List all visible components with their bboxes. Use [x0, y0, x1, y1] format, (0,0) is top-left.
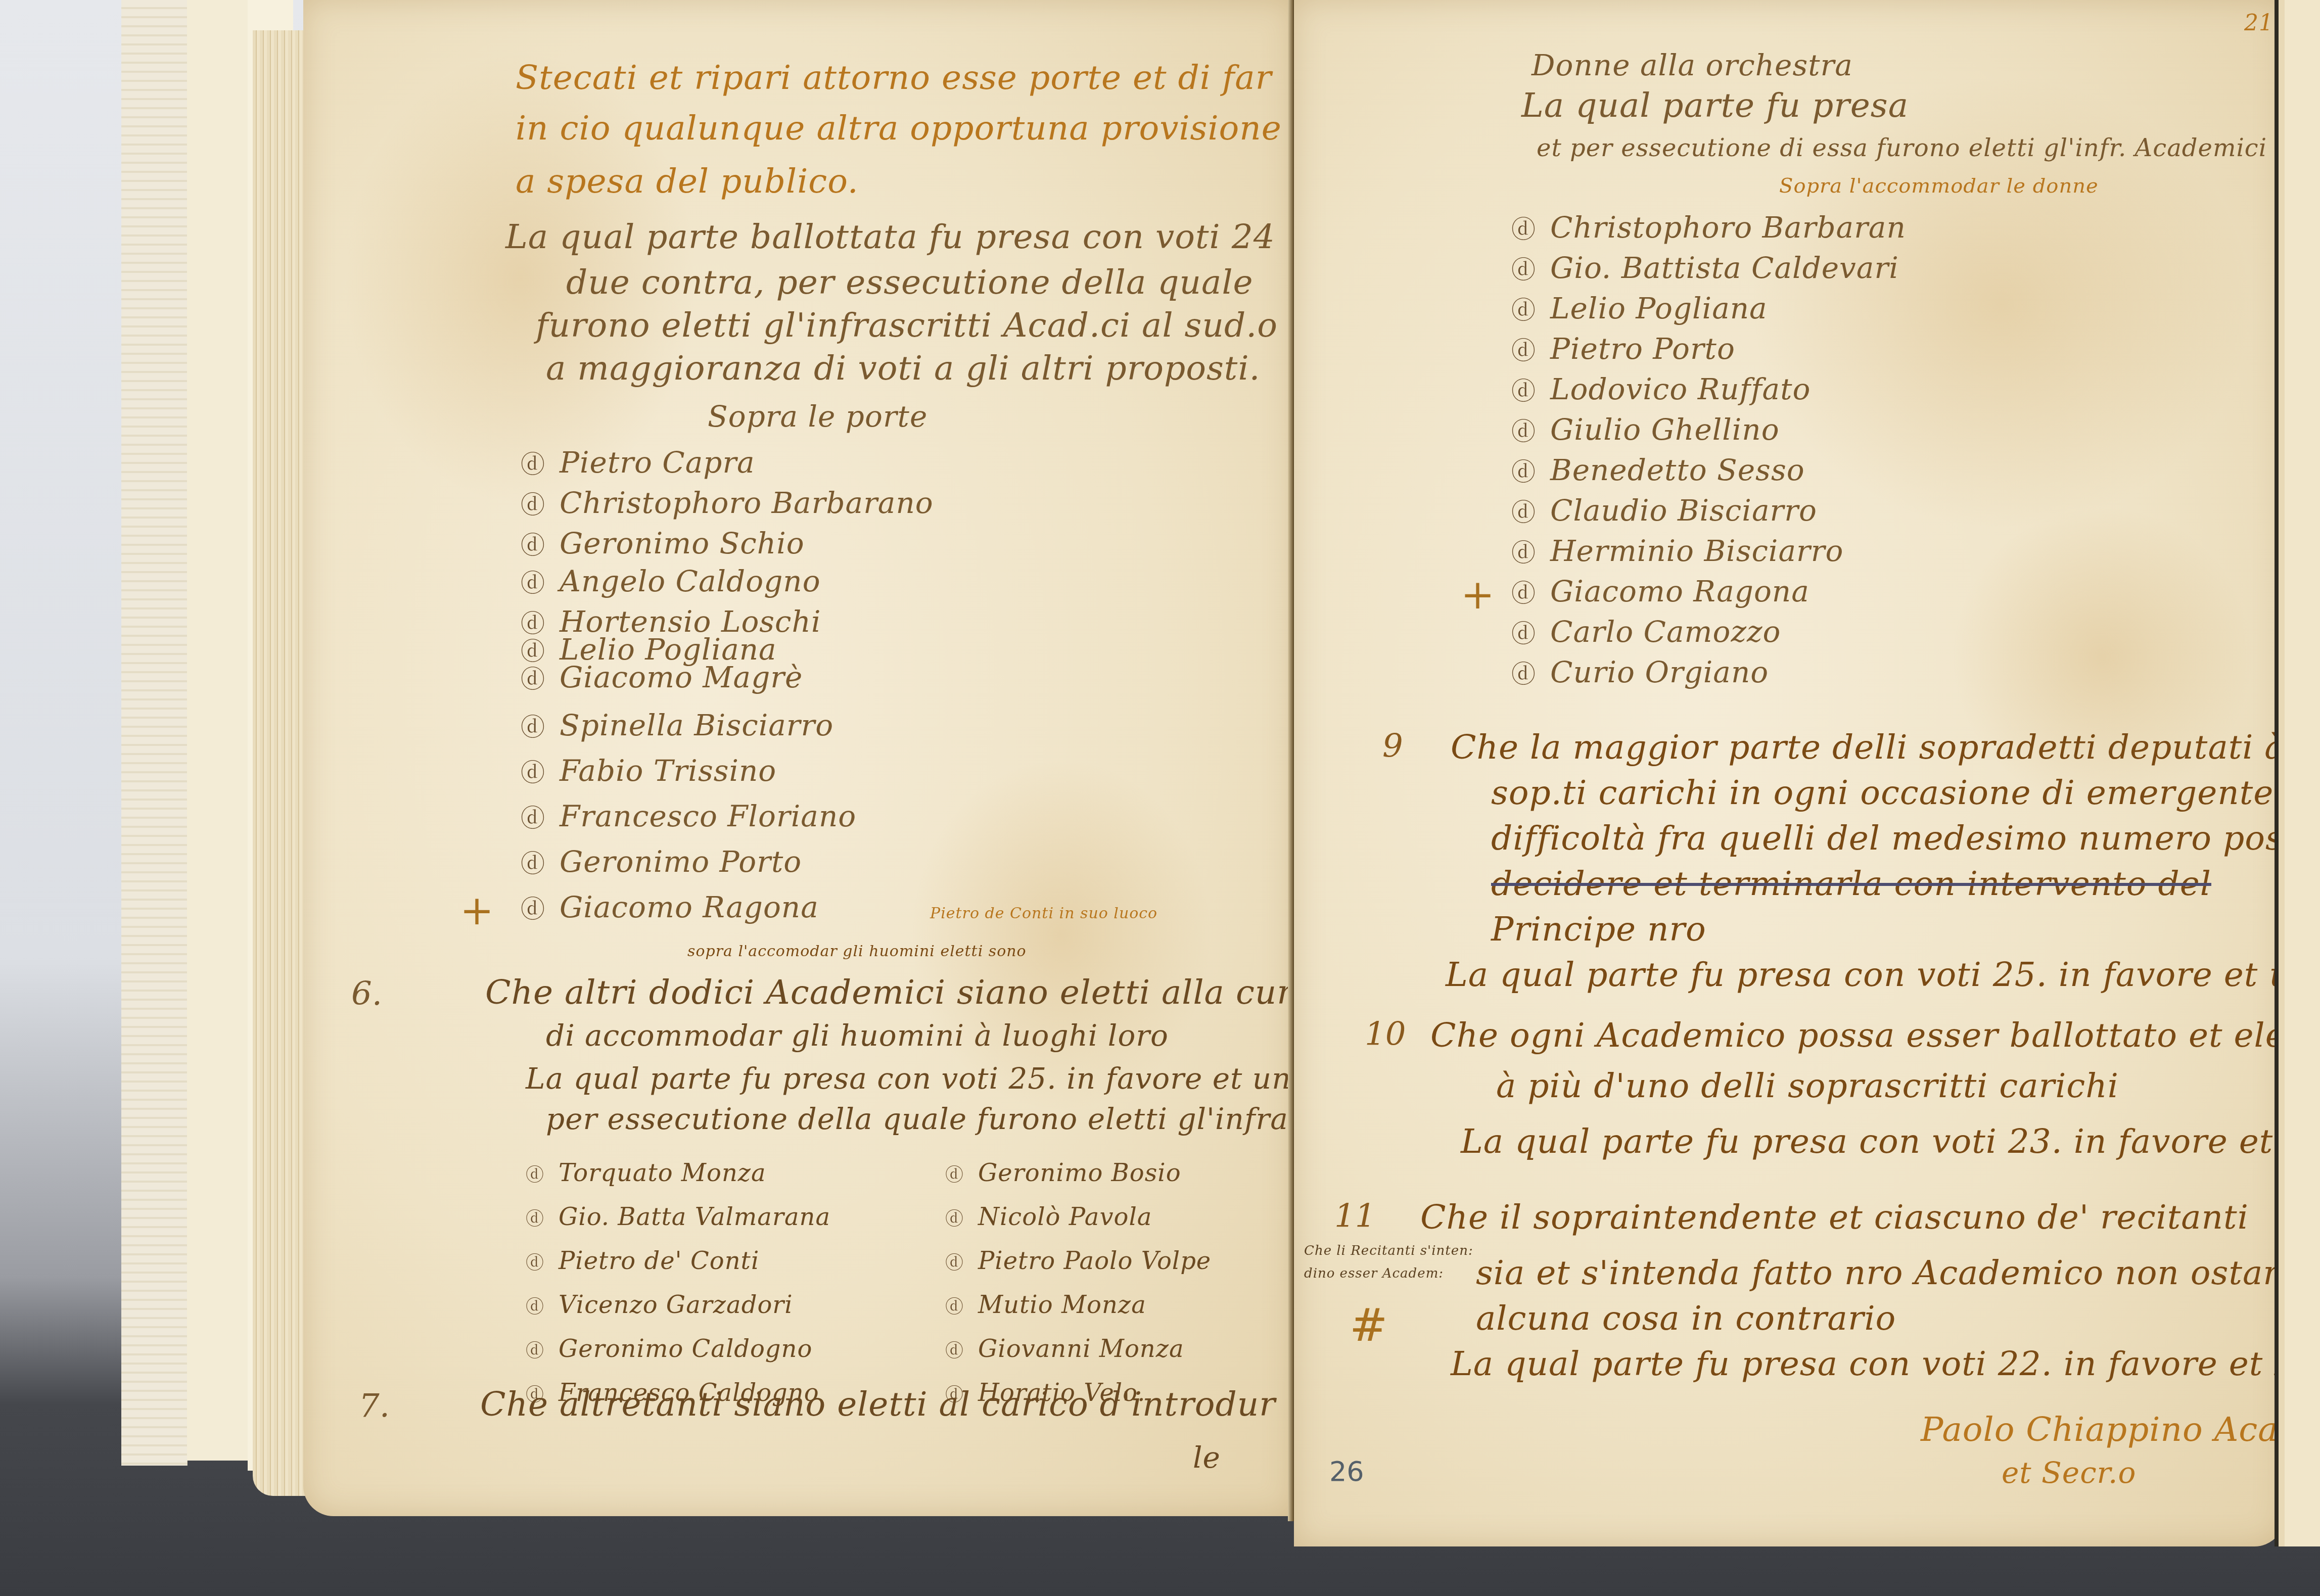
bullet-icon: ⓓ: [1511, 493, 1536, 528]
bullet-icon: ⓓ: [945, 1155, 964, 1196]
signature-title: et Secr.o: [2002, 1456, 2136, 1490]
bullet-icon: ⓓ: [521, 526, 545, 560]
side-note: Pietro de Conti in suo luoco: [930, 905, 1157, 922]
right-page: 21 Donne alla orchestra La qual parte fu…: [1294, 0, 2285, 1546]
text-line: in cio qualunque altra opportuna provisi…: [516, 109, 1282, 148]
list-item: ⓓPietro Paolo Volpe: [945, 1240, 1211, 1284]
list-item: ⓓSpinella Bisciarro: [521, 708, 833, 742]
text-line: Che altri dodici Academici siano eletti …: [485, 973, 1314, 1012]
guard-strip: [187, 0, 248, 1461]
heading-sopra-le-porte: Sopra le porte: [708, 399, 927, 434]
bullet-icon: ⓓ: [521, 844, 545, 879]
section-number: 9: [1382, 728, 1403, 765]
list-item: ⓓPietro Capra: [521, 445, 755, 480]
bullet-icon: ⓓ: [1511, 371, 1536, 406]
list-item: ⓓGiulio Ghellino: [1511, 412, 1780, 447]
bullet-icon: ⓓ: [526, 1155, 544, 1196]
bullet-icon: ⓓ: [945, 1199, 964, 1240]
side-note: sopra l'accomodar gli huomini eletti son…: [687, 943, 1027, 960]
text-line: alcuna cosa in contrario: [1476, 1299, 1896, 1338]
bullet-icon: ⓓ: [521, 753, 545, 788]
margin-note: dino esser Academ:: [1304, 1266, 1444, 1281]
bullet-icon: ⓓ: [1511, 533, 1536, 568]
water-stain: [910, 758, 1213, 1112]
bullet-icon: ⓓ: [945, 1331, 964, 1372]
bullet-icon: ⓓ: [1511, 210, 1536, 245]
list-item: ⓓTorquato Monza: [526, 1152, 830, 1196]
list-item: ⓓNicolò Pavola: [945, 1196, 1211, 1240]
text-line: furono eletti gl'infrascritti Acad.ci al…: [536, 306, 1396, 345]
list-item: ⓓBenedetto Sesso: [1511, 452, 1805, 487]
bullet-icon: ⓓ: [1511, 291, 1536, 325]
binding-board: [121, 0, 188, 1466]
bullet-icon: ⓓ: [526, 1243, 544, 1284]
text-line: La qual parte fu presa con voti 25. in f…: [526, 1061, 1418, 1096]
list-item: ⓓCurio Orgiano: [1511, 654, 1769, 689]
list-item: ⓓGiacomo Ragona: [521, 889, 819, 924]
text-line: sop.ti carichi in ogni occasione di emer…: [1491, 773, 2273, 812]
list-item: ⓓChristophoro Barbaran: [1511, 210, 1906, 245]
page-edges-right: [2275, 0, 2320, 1546]
list-item: ⓓMutio Monza: [945, 1284, 1211, 1328]
list-item: ⓓGeronimo Bosio: [945, 1152, 1211, 1196]
list-item: ⓓChristophoro Barbarano: [521, 485, 934, 520]
margin-note: Che li Recitanti s'inten:: [1304, 1243, 1473, 1258]
hash-mark: #: [1350, 1299, 1387, 1352]
catchword: le: [1193, 1440, 1221, 1475]
text-line: di accommodar gli huomini à luoghi loro: [546, 1018, 1169, 1053]
list-item: ⓓGeronimo Porto: [521, 844, 802, 879]
bullet-icon: ⓓ: [1511, 331, 1536, 366]
bullet-icon: ⓓ: [945, 1287, 964, 1328]
text-line: due contra, per essecutione della quale: [566, 263, 1254, 302]
list-item: ⓓVicenzo Garzadori: [526, 1284, 830, 1328]
bullet-icon: ⓓ: [521, 889, 545, 924]
list-item: ⓓGiacomo Ragona: [1511, 574, 1809, 608]
bullet-icon: ⓓ: [526, 1199, 544, 1240]
list-item: ⓓLodovico Ruffato: [1511, 371, 1811, 406]
bullet-icon: ⓓ: [1511, 452, 1536, 487]
vote-line: La qual parte fu presa con voti 23. in f…: [1461, 1122, 2320, 1161]
text-line: Principe nro: [1491, 910, 1706, 949]
text-line: per essecutione della quale furono elett…: [546, 1102, 1379, 1136]
bullet-icon: ⓓ: [521, 445, 545, 480]
bullet-icon: ⓓ: [526, 1331, 544, 1372]
text-line: Che altretanti siano eletti al carico d'…: [480, 1385, 1276, 1424]
bullet-icon: ⓓ: [1511, 250, 1536, 285]
section-number: 6.: [351, 975, 382, 1013]
bullet-icon: ⓓ: [521, 799, 545, 833]
list-item: ⓓPietro de' Conti: [526, 1240, 830, 1284]
list-item: ⓓGiacomo Magrè: [521, 660, 803, 694]
text-line: sia et s'intenda fatto nro Academico non…: [1476, 1253, 2319, 1292]
section-number: 10: [1365, 1016, 1406, 1053]
list-item: ⓓPietro Porto: [1511, 331, 1735, 366]
list-item: ⓓAngelo Caldogno: [521, 564, 821, 598]
text-line: Stecati et ripari attorno esse porte et …: [516, 58, 1272, 97]
list-item: ⓓGiovanni Monza: [945, 1328, 1211, 1372]
list-item: ⓓClaudio Bisciarro: [1511, 493, 1817, 528]
left-page: Stecati et ripari attorno esse porte et …: [303, 0, 1294, 1516]
list-item: ⓓCarlo Camozzo: [1511, 614, 1781, 649]
text-line: La qual parte fu presa: [1521, 86, 1909, 125]
text-line: Che ogni Academico possa esser ballottat…: [1430, 1016, 2320, 1055]
bullet-icon: ⓓ: [1511, 654, 1536, 689]
list-item: ⓓGio. Battista Caldevari: [1511, 250, 1899, 285]
text-line: Donne alla orchestra: [1532, 48, 1853, 82]
list-item: ⓓLelio Pogliana: [1511, 291, 1768, 325]
bullet-icon: ⓓ: [521, 660, 545, 694]
bullet-icon: ⓓ: [526, 1287, 544, 1328]
text-line: a maggioranza di voti a gli altri propos…: [546, 349, 1260, 388]
text-line: difficoltà fra quelli del medesimo numer…: [1491, 819, 2320, 858]
text-line: La qual parte ballottata fu presa con vo…: [505, 217, 1319, 256]
bullet-icon: ⓓ: [521, 564, 545, 598]
cross-mark: +: [1461, 571, 1495, 618]
bullet-icon: ⓓ: [521, 485, 545, 520]
list-item: ⓓGeronimo Caldogno: [526, 1328, 830, 1372]
folio-number: 21: [2244, 10, 2273, 36]
section-number: 7.: [359, 1387, 390, 1425]
bullet-icon: ⓓ: [521, 708, 545, 742]
text-line: à più d'uno delli soprascritti carichi: [1496, 1066, 2119, 1105]
list-item: ⓓFrancesco Floriano: [521, 799, 856, 833]
text-line: Che la maggior parte delli sopradetti de…: [1451, 728, 2307, 767]
heading-accommodar-donne: Sopra l'accommodar le donne: [1779, 174, 2099, 198]
bullet-icon: ⓓ: [945, 1243, 964, 1284]
bullet-icon: ⓓ: [1511, 574, 1536, 608]
cross-mark: +: [460, 887, 494, 934]
vote-line: La qual parte fu presa con voti 25. in f…: [1446, 955, 2320, 994]
list-item: ⓓHerminio Bisciarro: [1511, 533, 1843, 568]
text-line: decidere et terminarla con intervento de…: [1491, 864, 2211, 903]
section-number: 11: [1334, 1198, 1375, 1235]
text-line: et per essecutione di essa furono eletti…: [1537, 134, 2267, 162]
bullet-icon: ⓓ: [1511, 614, 1536, 649]
names-column-2: ⓓGeronimo Bosio ⓓNicolò Pavola ⓓPietro P…: [945, 1152, 1211, 1416]
list-item: ⓓGio. Batta Valmarana: [526, 1196, 830, 1240]
text-line: a spesa del publico.: [516, 162, 859, 201]
signature: Paolo Chiappino Acad.co: [1921, 1410, 2320, 1449]
list-item: ⓓGeronimo Schio: [521, 526, 805, 560]
list-item: ⓓFabio Trissino: [521, 753, 776, 788]
names-column-1: ⓓTorquato Monza ⓓGio. Batta Valmarana ⓓP…: [526, 1152, 830, 1416]
bullet-icon: ⓓ: [1511, 412, 1536, 447]
vote-line: La qual parte fu presa con voti 22. in f…: [1451, 1344, 2320, 1383]
text-line: Che il sopraintendente et ciascuno de' r…: [1420, 1198, 2249, 1237]
pencil-page-number: 26: [1329, 1456, 1364, 1487]
